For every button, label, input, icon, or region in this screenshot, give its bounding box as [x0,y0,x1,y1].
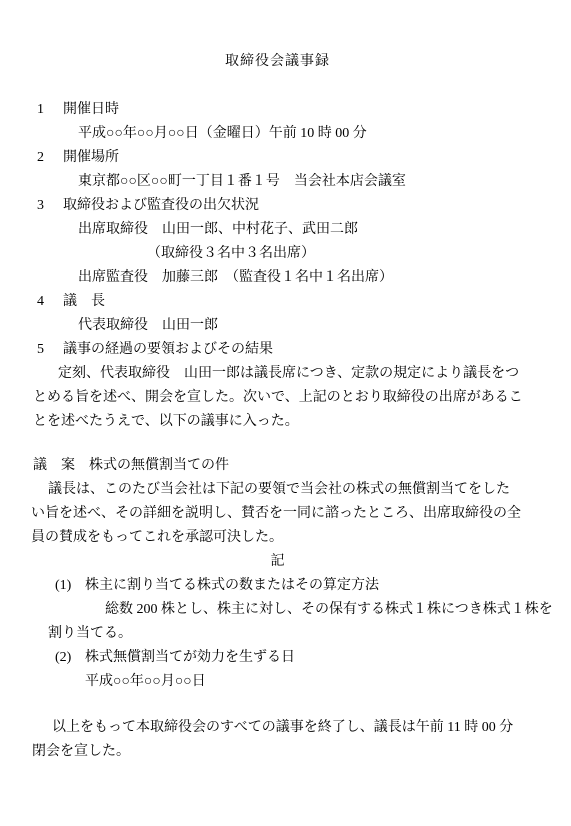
sub-item-number: (1) [55,574,85,598]
list-item-location: 2開催場所 [37,146,523,170]
list-item-datetime: 1開催日時 [37,98,523,122]
item-number: 4 [37,290,63,314]
notice-marker: 記 [32,550,523,574]
agenda-heading: 議 案 株式の無償割当ての件 [33,454,523,478]
item-number: 3 [37,194,63,218]
sub-item-label: 株式無償割当てが効力を生ずる日 [85,650,295,665]
item-label: 議事の経過の要領およびその結果 [63,342,273,357]
sub-item-detail-line: 割り当てる。 [48,622,523,646]
item-label: 議 長 [63,294,105,309]
item-detail-directors-count: （取締役３名中３名出席） [147,242,523,266]
document-page: 取締役会議事録 1開催日時 平成○○年○○月○○日（金曜日）午前 10 時 00… [0,0,571,826]
closing-paragraph: 以上をもって本取締役会のすべての議事を終了し、議長は午前 11 時 00 分閉会… [32,716,523,764]
item-label: 開催場所 [63,150,119,165]
item-label: 取締役および監査役の出欠状況 [63,198,259,213]
sub-item-label: 株主に割り当てる株式の数またはその算定方法 [85,578,379,593]
agenda-sub-item-effective-date: (2)株式無償割当てが効力を生ずる日 [55,646,523,670]
list-item-attendance: 3取締役および監査役の出欠状況 [37,194,523,218]
proceedings-paragraph: 定刻、代表取締役 山田一郎は議長席につき、定款の規定により議長をつとめる旨を述べ… [33,362,523,434]
item-detail-datetime: 平成○○年○○月○○日（金曜日）午前 10 時 00 分 [78,122,523,146]
list-item-proceedings: 5議事の経過の要領およびその結果 [37,338,523,362]
sub-item-detail-line: 平成○○年○○月○○日 [85,670,523,694]
list-item-chairman: 4議 長 [37,290,523,314]
item-detail-auditors-present: 出席監査役 加藤三郎 （監査役１名中１名出席） [78,266,523,290]
document-title: 取締役会議事録 [32,50,523,74]
item-detail-location: 東京都○○区○○町一丁目１番１号 当会社本店会議室 [78,170,523,194]
item-number: 2 [37,146,63,170]
item-label: 開催日時 [63,102,119,117]
item-number: 5 [37,338,63,362]
item-detail-chairman-name: 代表取締役 山田一郎 [78,314,523,338]
item-detail-directors-present: 出席取締役 山田一郎、中村花子、武田二郎 [78,218,523,242]
agenda-paragraph: 議長は、このたび当会社は下記の要領で当会社の株式の無償割当てをしたい旨を述べ、そ… [31,478,523,550]
sub-item-number: (2) [55,646,85,670]
item-number: 1 [37,98,63,122]
sub-item-detail-line: 総数 200 株とし、株主に対し、その保有する株式１株につき株式１株を [105,598,523,622]
agenda-sub-item-allotment-method: (1)株主に割り当てる株式の数またはその算定方法 [55,574,523,598]
